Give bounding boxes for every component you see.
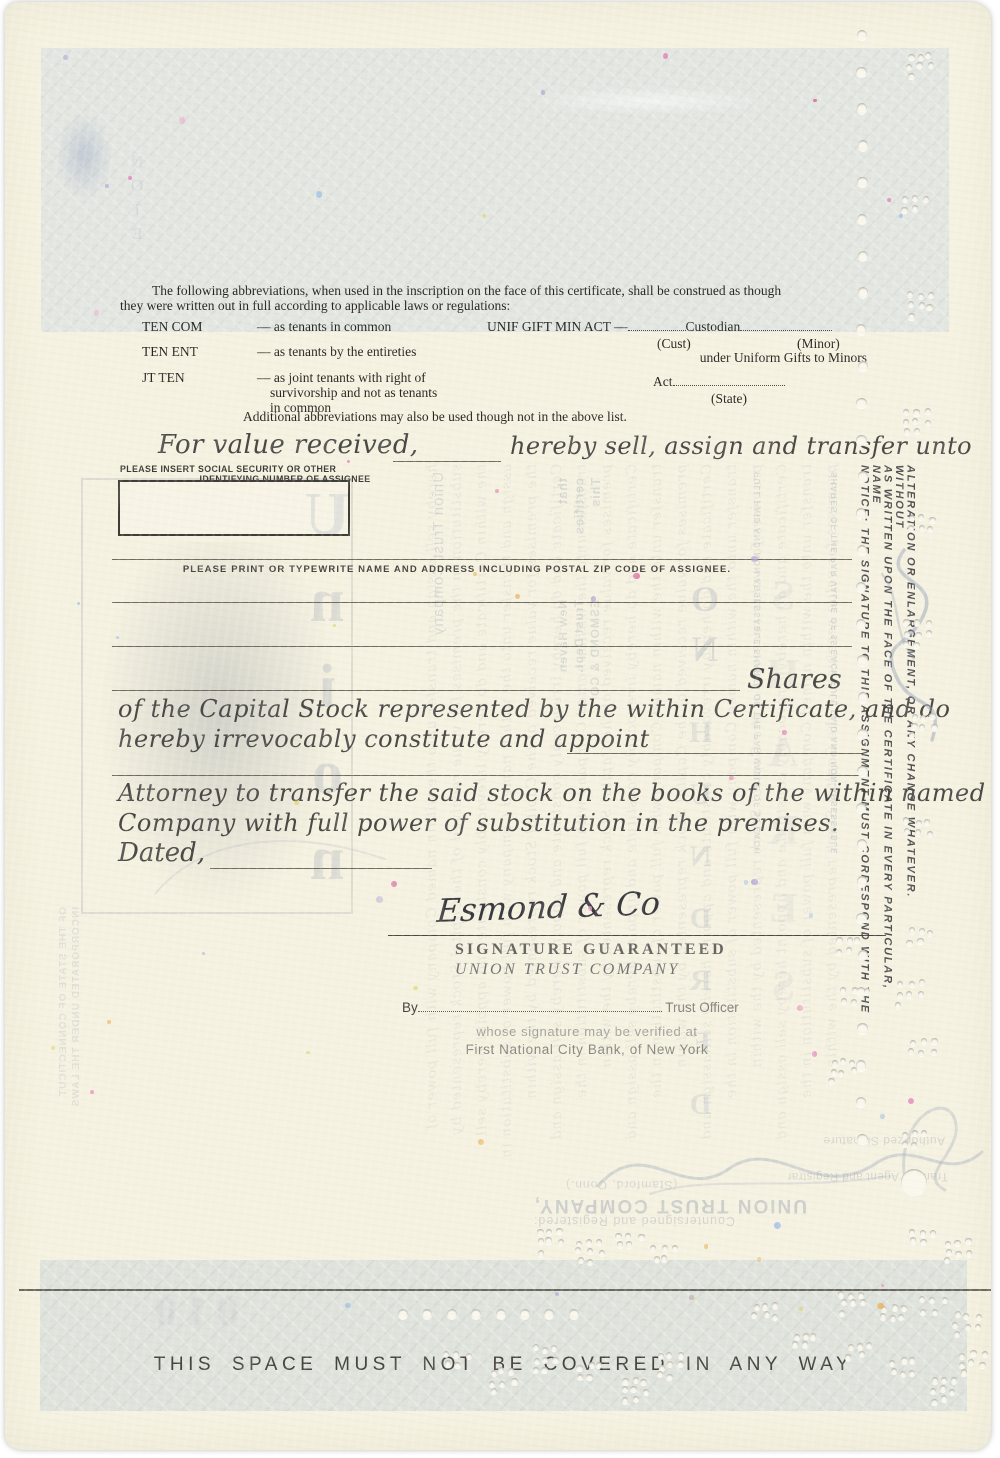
paper-speckle (704, 1244, 708, 1248)
punch-hole (453, 1351, 459, 1357)
punch-hole (625, 1233, 631, 1239)
punch-hole (496, 1309, 506, 1319)
punch-hole (447, 1309, 457, 1319)
punch-hole (751, 1312, 757, 1318)
punch-hole (857, 30, 867, 40)
punch-hole (919, 928, 925, 934)
punch-hole (542, 1357, 548, 1363)
punch-hole (772, 1314, 778, 1320)
paper-speckle (473, 572, 477, 576)
punch-hole (772, 1302, 778, 1308)
punch-hole (856, 582, 866, 592)
punch-holes-layer (5, 2, 991, 1450)
punch-hole (912, 418, 918, 424)
punch-hole (930, 1388, 936, 1394)
punch-hole (902, 1132, 908, 1138)
punch-hole (906, 940, 912, 946)
paper-speckle (478, 1139, 484, 1145)
punch-hole (398, 1309, 408, 1319)
punch-hole (912, 205, 918, 211)
punch-hole (903, 619, 909, 625)
punch-hole (857, 1343, 863, 1349)
punch-hole (856, 913, 866, 923)
paper-speckle (128, 176, 132, 180)
punch-hole (846, 947, 852, 953)
paper-speckle (774, 1222, 781, 1229)
punch-hole (918, 293, 924, 299)
paper-speckle (691, 1297, 695, 1301)
punch-hole (658, 1353, 664, 1359)
punch-hole (857, 1134, 867, 1144)
paper-speckle (376, 896, 383, 903)
punch-hole (838, 1291, 844, 1297)
punch-hole (889, 1360, 895, 1366)
punch-hole (491, 1370, 497, 1376)
punch-hole (931, 1038, 937, 1044)
punch-hole (906, 64, 912, 70)
punch-hole (916, 62, 922, 68)
punch-hole (857, 766, 867, 776)
punch-hole (941, 1377, 947, 1383)
punch-hole (764, 1311, 770, 1317)
punch-hole (858, 251, 868, 261)
punch-hole (904, 631, 910, 637)
punch-hole (630, 1386, 636, 1392)
punch-hole (919, 1296, 925, 1302)
punch-hole (892, 1304, 898, 1310)
punch-hole (954, 1331, 960, 1337)
punch-hole (650, 1245, 656, 1251)
punch-hole (903, 419, 909, 425)
punch-hole (968, 1359, 974, 1365)
punch-hole (856, 1097, 866, 1107)
paper-speckle (633, 573, 639, 579)
punch-hole (810, 1333, 816, 1339)
punch-hole (920, 1230, 926, 1236)
punch-hole (919, 302, 925, 308)
punch-hole (596, 1362, 602, 1368)
punch-hole (927, 831, 933, 837)
punch-hole (891, 1368, 897, 1374)
punch-hole (945, 1241, 951, 1247)
punch-hole (841, 1299, 847, 1305)
paper-speckle (729, 776, 734, 781)
punch-hole (910, 1040, 916, 1046)
punch-hole (596, 1239, 602, 1245)
punch-hole (916, 820, 922, 826)
punch-hole (569, 1309, 579, 1319)
punch-hole (466, 1353, 472, 1359)
punch-hole (901, 1169, 927, 1195)
punch-hole (856, 435, 866, 445)
punch-hole (955, 1251, 961, 1257)
punch-hole (918, 514, 924, 520)
punch-hole (847, 937, 853, 943)
punch-hole (918, 1050, 924, 1056)
punch-hole (856, 324, 866, 334)
punch-hole (946, 1249, 952, 1255)
punch-hole (940, 1385, 946, 1391)
punch-hole (917, 938, 923, 944)
punch-hole (856, 803, 866, 813)
paper-speckle (744, 880, 748, 884)
punch-hole (622, 1378, 628, 1384)
punch-hole (856, 508, 866, 518)
punch-hole (919, 724, 925, 730)
punch-hole (965, 1238, 971, 1244)
punch-hole (909, 515, 915, 521)
punch-hole (832, 1060, 838, 1066)
punch-hole (662, 1245, 668, 1251)
punch-hole (666, 1374, 672, 1380)
paper-speckle (333, 624, 336, 627)
punch-hole (754, 1304, 760, 1310)
punch-hole (864, 988, 870, 994)
punch-hole (966, 1250, 972, 1256)
paper-speckle (116, 636, 119, 639)
punch-hole (552, 1357, 558, 1363)
punch-hole (961, 1369, 967, 1375)
punch-hole (909, 1370, 915, 1376)
punch-hole (902, 1141, 908, 1147)
paper-speckle (413, 986, 417, 990)
punch-hole (499, 1381, 505, 1387)
punch-hole (926, 304, 932, 310)
punch-hole (898, 1314, 904, 1320)
punch-hole (909, 1229, 915, 1235)
punch-hole (858, 140, 868, 150)
punch-hole (904, 428, 910, 434)
punch-hole (915, 632, 921, 638)
punch-hole (831, 1069, 837, 1075)
punch-hole (857, 876, 867, 886)
paper-speckle (63, 55, 68, 60)
punch-hole (802, 1341, 808, 1347)
punch-hole (914, 428, 920, 434)
paper-speckle (316, 191, 322, 197)
punch-hole (443, 1351, 449, 1357)
punch-hole (534, 1358, 540, 1364)
punch-hole (929, 713, 935, 719)
punch-hole (913, 642, 919, 648)
punch-hole (659, 1365, 665, 1371)
punch-hole (857, 1023, 867, 1033)
paper-speckle (588, 906, 592, 910)
punch-hole (533, 1344, 539, 1350)
punch-hole (586, 1374, 592, 1380)
punch-hole (857, 103, 867, 113)
paper-speckle (294, 800, 299, 805)
punch-hole (858, 471, 868, 481)
punch-hole (976, 1314, 982, 1320)
punch-hole (951, 1377, 957, 1383)
punch-hole (615, 1233, 621, 1239)
punch-hole (908, 313, 914, 319)
paper-speckle (908, 1098, 914, 1104)
punch-hole (909, 732, 915, 738)
punch-hole (848, 1293, 854, 1299)
punch-hole (924, 819, 930, 825)
punch-hole (856, 619, 866, 629)
punch-hole (921, 1038, 927, 1044)
punch-hole (931, 1399, 937, 1405)
punch-hole (901, 1357, 907, 1363)
punch-hole (542, 1347, 548, 1353)
punch-hole (915, 829, 921, 835)
punch-hole (587, 1259, 593, 1265)
punch-hole (633, 1377, 639, 1383)
punch-hole (901, 1305, 907, 1311)
punch-hole (932, 1377, 938, 1383)
punch-hole (792, 1341, 798, 1347)
punch-hole (622, 1397, 628, 1403)
paper-speckle (306, 1051, 309, 1054)
punch-hole (672, 1245, 678, 1251)
punch-hole (854, 937, 860, 943)
punch-hole (931, 724, 937, 730)
punch-hole (979, 1362, 985, 1368)
punch-hole (897, 981, 903, 987)
punch-hole (828, 1078, 834, 1084)
punch-hole (970, 1350, 976, 1356)
punch-hole (546, 1229, 552, 1235)
paper-speckle (751, 556, 757, 562)
punch-hole (491, 1388, 497, 1394)
paper-speckle (105, 184, 109, 188)
punch-hole (422, 1309, 432, 1319)
punch-hole (643, 1389, 649, 1395)
punch-hole (533, 1367, 539, 1373)
punch-hole (932, 1309, 938, 1315)
punch-hole (908, 1048, 914, 1054)
paper-speckle (179, 117, 185, 123)
punch-hole (856, 398, 866, 408)
punch-hole (848, 1344, 854, 1350)
punch-hole (856, 1060, 866, 1070)
paper-speckle (663, 53, 668, 58)
punch-hole (545, 1237, 551, 1243)
punch-hole (910, 1237, 916, 1243)
paper-speckle (555, 1292, 559, 1296)
paper-speckle (591, 596, 597, 602)
punch-hole (925, 52, 931, 58)
punch-hole (931, 1049, 937, 1055)
paper-speckle (799, 1307, 803, 1311)
paper-speckle (797, 1005, 803, 1011)
punch-hole (839, 1310, 845, 1316)
punch-hole (587, 1248, 593, 1254)
punch-hole (667, 1361, 673, 1367)
paper-speckle (483, 214, 486, 217)
punch-hole (897, 992, 903, 998)
punch-hole (955, 1311, 961, 1317)
punch-hole (929, 1297, 935, 1303)
punch-hole (903, 817, 909, 823)
certificate-back-page: U n i o nO NH U N D R E DS H A R E SN O … (5, 2, 991, 1450)
punch-hole (925, 420, 931, 426)
punch-hole (508, 1368, 514, 1374)
punch-hole (880, 1313, 886, 1319)
punch-hole (851, 999, 857, 1005)
punch-hole (902, 196, 908, 202)
punch-hole (911, 723, 917, 729)
punch-hole (919, 979, 925, 985)
punch-hole (666, 1352, 672, 1358)
punch-hole (586, 1239, 592, 1245)
paper-speckle (347, 460, 350, 463)
punch-hole (762, 1303, 768, 1309)
punch-hole (925, 408, 931, 414)
punch-hole (927, 526, 933, 532)
punch-hole (918, 54, 924, 60)
punch-hole (909, 981, 915, 987)
punch-hole (857, 839, 867, 849)
punch-hole (907, 291, 913, 297)
paper-speckle (757, 1257, 761, 1261)
punch-hole (856, 67, 866, 77)
punch-hole (841, 998, 847, 1004)
punch-hole (866, 1342, 872, 1348)
punch-hole (901, 207, 907, 213)
punch-hole (903, 409, 909, 415)
punch-hole (858, 287, 868, 297)
punch-hole (445, 1360, 451, 1366)
punch-hole (803, 1333, 809, 1339)
punch-hole (906, 991, 912, 997)
punch-hole (520, 1309, 530, 1319)
paper-speckle (880, 1114, 884, 1118)
punch-hole (920, 715, 926, 721)
punch-hole (626, 1241, 632, 1247)
punch-hole (851, 1067, 857, 1073)
punch-hole (912, 195, 918, 201)
punch-hole (909, 1357, 915, 1363)
punch-hole (959, 1362, 965, 1368)
punch-hole (860, 1299, 866, 1305)
punch-hole (927, 930, 933, 936)
punch-hole (556, 1228, 562, 1234)
punch-hole (890, 1315, 896, 1321)
punch-hole (900, 1371, 906, 1377)
punch-hole (930, 1230, 936, 1236)
paper-speckle (541, 90, 545, 94)
paper-speckle (812, 1051, 817, 1056)
punch-hole (926, 620, 932, 626)
punch-hole (919, 525, 925, 531)
paper-speckle (782, 730, 787, 735)
punch-hole (857, 545, 867, 555)
punch-hole (914, 619, 920, 625)
paper-speckle (77, 602, 81, 606)
punch-hole (928, 62, 934, 68)
punch-hole (908, 301, 914, 307)
punch-hole (912, 1130, 918, 1136)
punch-hole (541, 1367, 547, 1373)
punch-hole (911, 1142, 917, 1148)
punch-hole (849, 1060, 855, 1066)
punch-hole (941, 1395, 947, 1401)
punch-hole (923, 196, 929, 202)
paper-speckle (94, 310, 99, 315)
punch-hole (918, 991, 924, 997)
paper-speckle (751, 879, 757, 885)
punch-hole (965, 1324, 971, 1330)
punch-hole (975, 1324, 981, 1330)
punch-hole (920, 1239, 926, 1245)
punch-hole (617, 1241, 623, 1247)
punch-hole (578, 1257, 584, 1263)
punch-hole (908, 54, 914, 60)
punch-hole (551, 1345, 557, 1351)
punch-hole (921, 1130, 927, 1136)
punch-hole (908, 525, 914, 531)
punch-hole (678, 1352, 684, 1358)
punch-hole (537, 1229, 543, 1235)
paper-speckle (899, 214, 903, 218)
punch-hole (857, 655, 867, 665)
punch-hole (909, 927, 915, 933)
punch-hole (857, 177, 867, 187)
punch-hole (920, 1309, 926, 1315)
paper-speckle (515, 594, 520, 599)
paper-speckle (51, 1046, 55, 1050)
punch-hole (949, 1389, 955, 1395)
punch-hole (538, 1250, 544, 1256)
punch-hole (498, 1367, 504, 1373)
paper-speckle (881, 1284, 884, 1287)
punch-hole (982, 1351, 988, 1357)
punch-hole (661, 1255, 667, 1261)
punch-hole (640, 1379, 646, 1385)
punch-hole (558, 1239, 564, 1245)
punch-hole (589, 1362, 595, 1368)
punch-hole (840, 987, 846, 993)
punch-hole (454, 1362, 460, 1368)
punch-hole (836, 937, 842, 943)
punch-hole (657, 1371, 663, 1377)
paper-speckle (495, 489, 499, 493)
punch-hole (895, 1002, 901, 1008)
punch-hole (908, 73, 914, 79)
punch-hole (952, 1322, 958, 1328)
paper-speckle (391, 881, 397, 887)
punch-hole (850, 1299, 856, 1305)
punch-hole (654, 1256, 660, 1262)
punch-hole (959, 1353, 965, 1359)
punch-hole (836, 949, 842, 955)
punch-hole (928, 292, 934, 298)
punch-hole (840, 1058, 846, 1064)
punch-hole (538, 1238, 544, 1244)
punch-hole (511, 1378, 517, 1384)
punch-hole (622, 1386, 628, 1392)
paper-speckle (345, 1303, 350, 1308)
punch-hole (544, 1309, 554, 1319)
punch-hole (913, 409, 919, 415)
punch-hole (471, 1309, 481, 1319)
punch-hole (942, 1297, 948, 1303)
punch-hole (845, 1354, 851, 1360)
punch-hole (577, 1374, 583, 1380)
punch-hole (576, 1241, 582, 1247)
punch-hole (858, 361, 868, 371)
punch-hole (912, 714, 918, 720)
paper-speckle (813, 99, 816, 102)
punch-hole (859, 1351, 865, 1357)
punch-hole (576, 1365, 582, 1371)
punch-hole (858, 1292, 864, 1298)
punch-hole (857, 214, 867, 224)
